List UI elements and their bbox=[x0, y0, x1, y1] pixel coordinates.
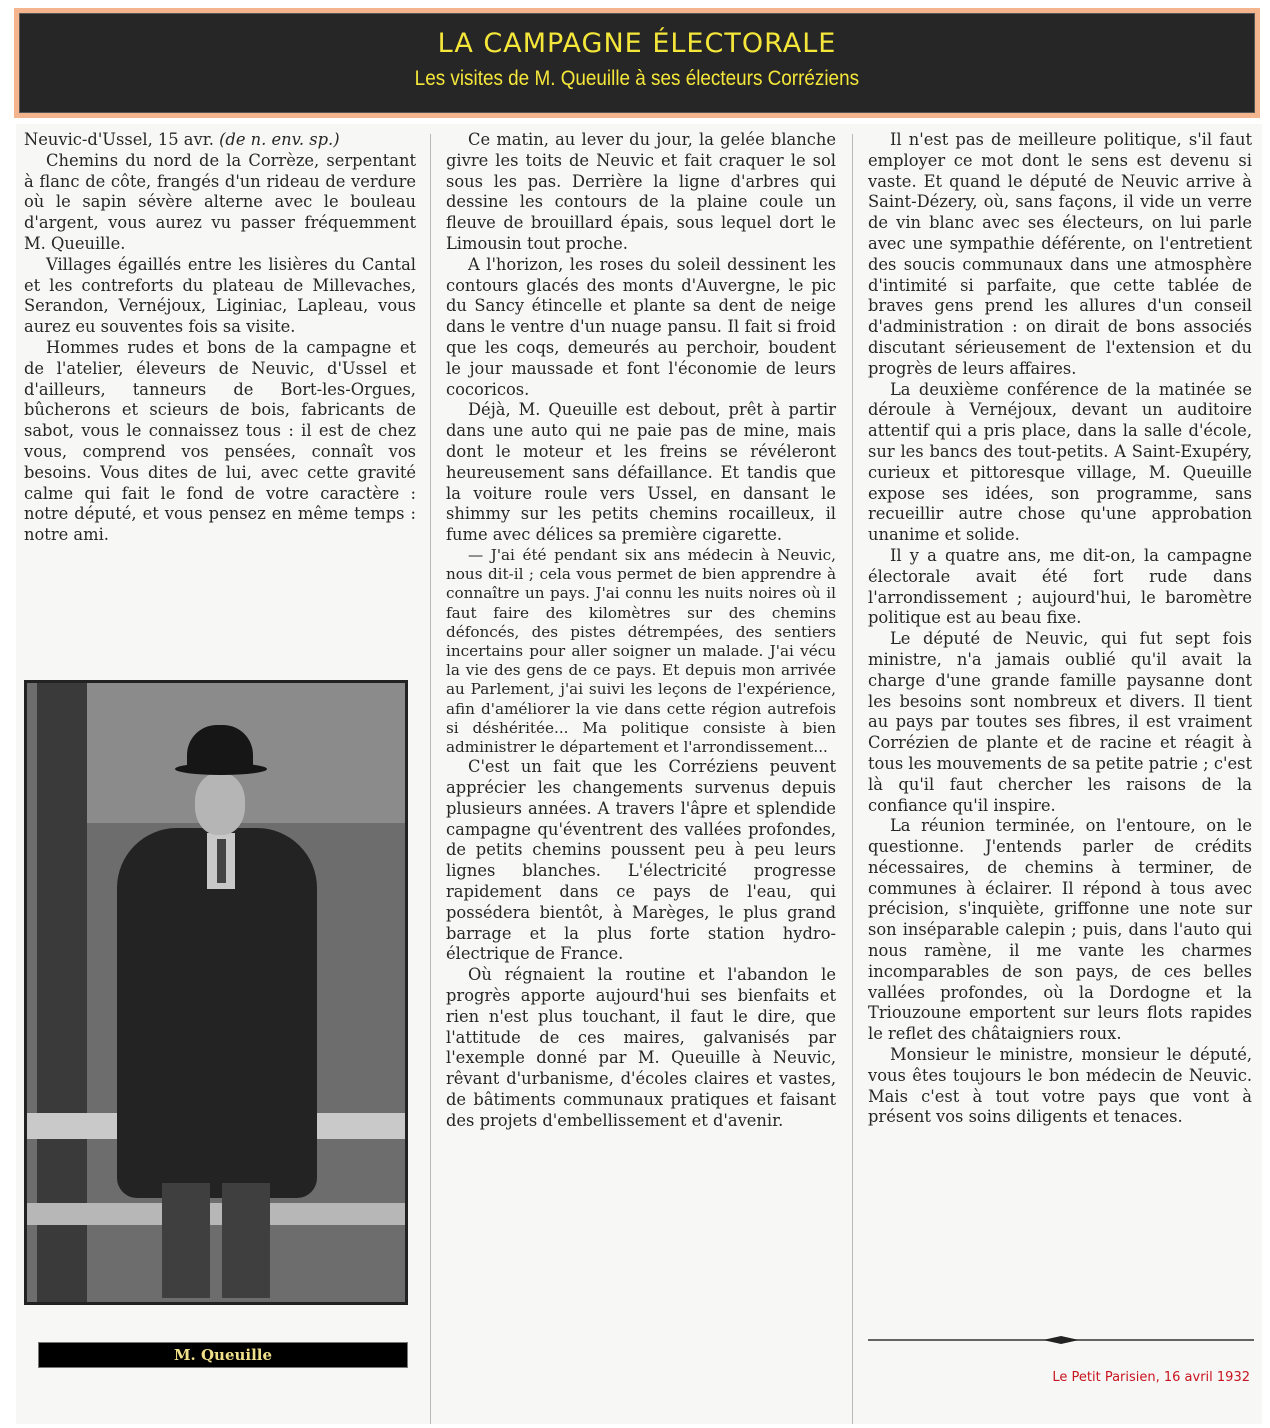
paragraph: La deuxième conférence de la matinée se … bbox=[868, 380, 1252, 546]
column-divider bbox=[852, 134, 853, 1424]
photo-step bbox=[27, 1203, 405, 1225]
photo-hat-brim bbox=[175, 763, 267, 775]
paragraph: Il y a quatre ans, me dit-on, la campagn… bbox=[868, 546, 1252, 629]
paragraph: Ce matin, au lever du jour, la gelée bla… bbox=[446, 130, 836, 255]
column-divider bbox=[430, 134, 431, 1424]
photo-tie bbox=[217, 839, 226, 883]
paragraph: Chemins du nord de la Corrèze, serpentan… bbox=[24, 151, 416, 255]
photo-leg bbox=[162, 1183, 210, 1298]
paragraph: Villages égaillés entre les lisières du … bbox=[24, 255, 416, 338]
photo-leg bbox=[222, 1183, 270, 1298]
paragraph: La réunion terminée, on l'entoure, on le… bbox=[868, 816, 1252, 1045]
portrait-photo bbox=[24, 680, 408, 1305]
paragraph: Déjà, M. Queuille est debout, prêt à par… bbox=[446, 400, 836, 546]
paragraph: A l'horizon, les roses du soleil dessine… bbox=[446, 255, 836, 401]
article-column-3: Il n'est pas de meilleure politique, s'i… bbox=[868, 130, 1252, 1128]
paragraph: Il n'est pas de meilleure politique, s'i… bbox=[868, 130, 1252, 380]
paragraph: Le député de Neuvic, qui fut sept fois m… bbox=[868, 629, 1252, 816]
article-column-2: Ce matin, au lever du jour, la gelée bla… bbox=[446, 130, 836, 1132]
paragraph: Monsieur le ministre, monsieur le député… bbox=[868, 1045, 1252, 1128]
page-subtitle: Les visites de M. Queuille à ses électeu… bbox=[415, 67, 859, 91]
headline-banner-inner: LA CAMPAGNE ÉLECTORALE Les visites de M.… bbox=[19, 13, 1255, 113]
photo-head bbox=[195, 773, 245, 835]
end-of-article-rule-icon bbox=[868, 1336, 1254, 1344]
quote-paragraph: — J'ai été pendant six ans médecin à Neu… bbox=[446, 546, 836, 757]
dateline: Neuvic-d'Ussel, 15 avr. (de n. env. sp.) bbox=[24, 130, 416, 151]
dateline-place-date: Neuvic-d'Ussel, 15 avr. bbox=[24, 130, 214, 149]
photo-caption: M. Queuille bbox=[38, 1342, 408, 1368]
newspaper-page: Neuvic-d'Ussel, 15 avr. (de n. env. sp.)… bbox=[16, 124, 1262, 1424]
source-credit: Le Petit Parisien, 16 avril 1932 bbox=[1052, 1370, 1250, 1385]
dateline-source-note: (de n. env. sp.) bbox=[219, 130, 339, 149]
page-title: LA CAMPAGNE ÉLECTORALE bbox=[438, 28, 837, 59]
paragraph: Où régnaient la routine et l'abandon le … bbox=[446, 965, 836, 1131]
paragraph: Hommes rudes et bons de la campagne et d… bbox=[24, 338, 416, 546]
headline-banner: LA CAMPAGNE ÉLECTORALE Les visites de M.… bbox=[14, 8, 1260, 118]
paragraph: C'est un fait que les Corréziens peuvent… bbox=[446, 757, 836, 965]
article-column-1: Neuvic-d'Ussel, 15 avr. (de n. env. sp.)… bbox=[24, 130, 416, 546]
